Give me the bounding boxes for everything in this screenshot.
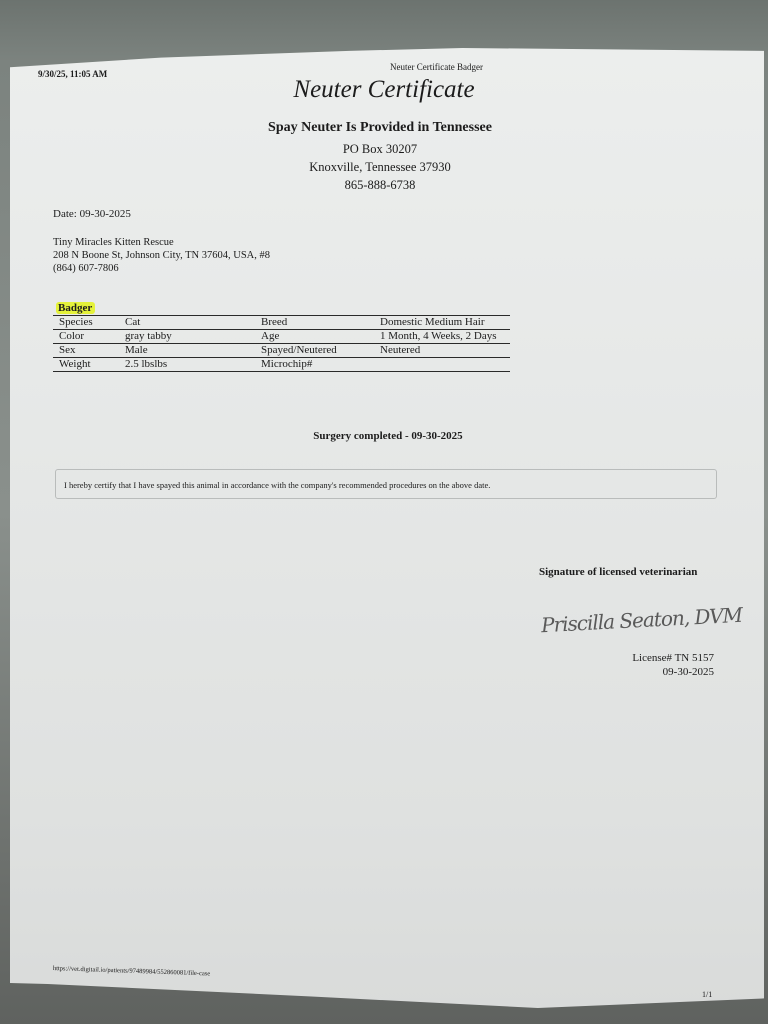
pet-detail-label: Spayed/Neutered — [255, 344, 374, 358]
pet-detail-label: Microchip# — [255, 358, 374, 372]
signature-date: 09-30-2025 — [620, 665, 714, 679]
client-block: Tiny Miracles Kitten Rescue 208 N Boone … — [53, 236, 270, 275]
pet-detail-label: Age — [255, 330, 374, 344]
certification-statement: I hereby certify that I have spayed this… — [55, 469, 717, 499]
pet-detail-label: Breed — [255, 316, 374, 330]
table-row: SpeciesCatBreedDomestic Medium Hair — [53, 316, 510, 330]
pet-detail-label: Color — [53, 330, 119, 344]
table-row: SexMaleSpayed/NeuteredNeutered — [53, 344, 510, 358]
organization-phone: 865-888-6738 — [245, 176, 515, 194]
organization-po-box: PO Box 30207 — [245, 140, 515, 158]
pet-details-table: SpeciesCatBreedDomestic Medium HairColor… — [53, 315, 510, 372]
license-block: License# TN 5157 09-30-2025 — [620, 651, 714, 679]
pet-detail-value: Neutered — [374, 344, 510, 358]
organization-city: Knoxville, Tennessee 37930 — [245, 158, 515, 176]
table-row: Colorgray tabbyAge1 Month, 4 Weeks, 2 Da… — [53, 330, 510, 344]
signature-label: Signature of licensed veterinarian — [539, 566, 697, 578]
client-address: 208 N Boone St, Johnson City, TN 37604, … — [53, 249, 270, 262]
pet-detail-value: Domestic Medium Hair — [374, 316, 510, 330]
pet-name: Badger — [56, 302, 95, 314]
pet-detail-value: 1 Month, 4 Weeks, 2 Days — [374, 330, 510, 344]
pet-detail-value: Male — [119, 344, 255, 358]
pet-detail-value: 2.5 lbslbs — [119, 358, 255, 372]
organization-name: Spay Neuter Is Provided in Tennessee — [245, 120, 515, 136]
organization-block: Spay Neuter Is Provided in Tennessee PO … — [245, 120, 515, 194]
pet-detail-label: Species — [53, 316, 119, 330]
certificate-title: Neuter Certificate — [0, 76, 768, 104]
pet-detail-value: gray tabby — [119, 330, 255, 344]
pet-detail-value — [374, 358, 510, 372]
client-name: Tiny Miracles Kitten Rescue — [53, 236, 270, 249]
surgery-completed: Surgery completed - 09-30-2025 — [0, 430, 768, 442]
pet-detail-label: Sex — [53, 344, 119, 358]
certificate-date: Date: 09-30-2025 — [53, 208, 131, 220]
table-row: Weight2.5 lbslbsMicrochip# — [53, 358, 510, 372]
client-phone: (864) 607-7806 — [53, 262, 270, 275]
print-document-title: Neuter Certificate Badger — [390, 62, 483, 72]
certificate-title-text: Neuter Certificate — [293, 76, 474, 104]
pet-detail-label: Weight — [53, 358, 119, 372]
pet-detail-value: Cat — [119, 316, 255, 330]
page-number: 1/1 — [702, 990, 712, 999]
license-number: License# TN 5157 — [620, 651, 714, 665]
